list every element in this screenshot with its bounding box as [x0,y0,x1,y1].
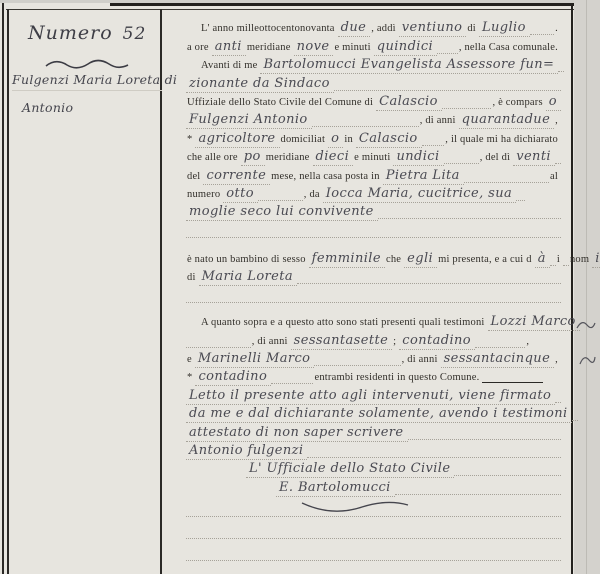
printed-text: * [186,134,195,148]
dotted-rule-filler [186,337,251,348]
left-border-inner [7,9,9,574]
printed-text: mese, nella casa posta in [270,171,383,185]
printed-text: domiciliat [280,134,329,148]
top-rule-thick [110,3,596,6]
printed-text: , di anni [401,354,441,368]
handwritten-text: Marinelli Marco [195,351,315,368]
ink-mark [578,352,596,368]
left-border-outer [2,3,4,574]
dotted-rule-filler [271,373,313,384]
printed-text: che [385,254,404,268]
handwritten-text: undici [393,149,443,166]
handwritten-text: agricoltore [195,131,279,148]
form-line: a oreantimeridianenovee minutiquindici, … [186,37,561,55]
handwritten-text: Maria Loreta [199,269,297,286]
record-number: Numero52 [28,22,148,44]
form-line: moglie seco lui convivente [186,203,561,221]
handwritten-text: venti [513,149,555,166]
handwritten-text: Iocca Maria, cucitrice, sua [323,186,516,203]
numero-label: Numero [28,22,113,44]
printed-text: . [554,23,561,37]
printed-text: ; [392,336,399,350]
printed-text: meridiane [265,152,313,166]
form-line: zionante da Sindaco [186,74,561,92]
handwritten-text: anti [212,39,246,56]
form-line [186,286,561,304]
dotted-rule-filler [307,447,561,458]
handwritten-text: sessantacinque [441,351,555,368]
printed-text: di [466,23,479,37]
form-line [186,541,561,563]
printed-text: e minuti [333,42,373,56]
dotted-rule-filler [464,172,549,183]
dotted-rule-filler [312,116,419,127]
printed-text: mi presenta, e a cui d [437,254,535,268]
dotted-rule-filler [555,153,561,164]
printed-text: e [186,354,195,368]
dotted-rule-filler [334,80,561,91]
printed-text: è nato un bambino di sesso [186,254,309,268]
printed-text: A quanto sopra e a questo atto sono stat… [200,317,488,331]
form-line: Fulgenzi Antonio, di anniquarantadue, [186,111,561,129]
dotted-rule-filler [395,484,561,495]
handwritten-text: E. Bartolomucci [276,480,395,497]
dotted-rule-filler [454,465,561,476]
printed-text: , [554,354,561,368]
printed-text: nom [569,254,592,268]
solid-rule-filler [482,372,542,383]
birth-record-sheet: Numero52 Fulgenzi Maria Loreta di Antoni… [0,0,600,574]
dotted-rule-filler [530,24,554,35]
handwritten-text: o [328,131,343,148]
handwritten-text: Letto il presente atto agli intervenuti,… [186,388,555,405]
printed-text: meridiane [246,42,294,56]
dotted-rule-filler [297,273,561,284]
dotted-rule-filler [558,61,564,72]
dotted-rule-filler [378,208,561,219]
form-line: A quanto sopra e a questo atto sono stat… [186,313,561,331]
margin-child-name-line1: Fulgenzi Maria Loreta di [12,72,162,91]
handwritten-text: due [338,20,371,37]
printed-text: , da [303,189,323,203]
printed-text: L' anno milleottocentonovanta [200,23,338,37]
form-line: Letto il presente atto agli intervenuti,… [186,386,561,404]
dotted-rule-filler [186,528,561,539]
handwritten-text: sessantasette [291,333,393,350]
form-line: è nato un bambino di sessofemminilecheeg… [186,250,561,268]
printed-text: , addì [370,23,399,37]
printed-text: , di anni [251,336,291,350]
handwritten-text: Fulgenzi Antonio [186,112,312,129]
form-line: che alle orepomeridianediecie minutiundi… [186,148,561,166]
dotted-rule-filler [442,98,492,109]
printed-text: e minuti [353,152,393,166]
form-line: L' anno milleottocentonovantadue, addìve… [186,19,561,37]
form-line: E. Bartolomucci [186,478,561,496]
handwritten-text: Luglio [479,20,530,37]
handwritten-text: L' Ufficiale dello Stato Civile [246,461,454,478]
form-line: *agricoltoredomiciliatoinCalascio, il qu… [186,129,561,147]
printed-text: entrambi residenti in questo Comune. [313,372,482,386]
form-line: L' Ufficiale dello Stato Civile [186,460,561,478]
handwritten-text: contadino [195,369,271,386]
printed-text: di [186,272,199,286]
handwritten-text: Antonio fulgenzi [186,443,307,460]
dotted-rule-filler [572,410,578,421]
printed-text: che alle ore [186,152,241,166]
handwritten-text: nove [294,39,334,56]
printed-text: numero [186,189,223,203]
printed-text: in [343,134,356,148]
form-line: delcorrentemese, nella casa posta inPiet… [186,166,561,184]
dotted-rule-filler [186,227,561,238]
handwritten-text: dieci [313,149,354,166]
printed-text: , di anni [419,115,459,129]
handwritten-text: Pietra Lita [383,168,464,185]
signature-flourish [300,497,410,513]
handwritten-text: Bartolomucci Evangelista Assessore fun= [260,57,558,74]
printed-text: , nella Casa comunale. [458,42,561,56]
handwritten-text: quarantadue [459,112,555,129]
margin-column: Numero52 Fulgenzi Maria Loreta di Antoni… [10,10,158,570]
dotted-rule-filler [258,190,303,201]
handwritten-text: Calascio [356,131,422,148]
dotted-rule-filler [314,355,400,366]
printed-text: al [549,171,561,185]
printed-text: del [186,171,203,185]
form-line: numerootto, daIocca Maria, cucitrice, su… [186,185,561,203]
handwritten-text: attestato di non saper scrivere [186,425,408,442]
handwritten-text: contadino [399,333,475,350]
right-border [571,3,573,574]
form-line: Avanti di meBartolomucci Evangelista Ass… [186,56,561,74]
dotted-rule-filler [475,337,525,348]
printed-text: i [556,254,563,268]
printed-text: Uffiziale dello Stato Civile del Comune … [186,97,376,111]
handwritten-text: moglie seco lui convivente [186,204,378,221]
dotted-rule-filler [186,292,561,303]
dotted-rule-filler [437,43,458,54]
handwritten-text: ventiuno [399,20,467,37]
margin-child-name-line2: Antonio [12,100,172,115]
form-line: , di annisessantasette;contadino, [186,331,561,349]
form-line: eMarinelli Marco, di annisessantacinque, [186,350,561,368]
form-line: *contadinoentrambi residenti in questo C… [186,368,561,386]
dotted-rule-filler [555,392,561,403]
handwritten-text: Calascio [376,94,442,111]
form-line [186,221,561,239]
printed-text: , il quale mi ha dichiarato [444,134,561,148]
handwritten-text: otto [223,186,258,203]
handwritten-text: da me e dal dichiarante solamente, avend… [186,406,572,423]
page-right-edge [574,0,600,574]
form-body: L' anno milleottocentonovantadue, addìve… [162,11,571,574]
form-line: Uffiziale dello Stato Civile del Comune … [186,93,561,111]
dotted-rule-filler [516,190,525,201]
handwritten-text: à [535,251,550,268]
printed-text: , [554,115,561,129]
handwritten-text: corrente [203,168,270,185]
form-line: diMaria Loreta [186,268,561,286]
printed-text: a ore [186,42,212,56]
form-line: da me e dal dichiarante solamente, avend… [186,405,561,423]
handwritten-text: egli [404,251,437,268]
dotted-rule-filler [408,429,562,440]
handwritten-text: femminile [309,251,385,268]
dotted-rule-filler [444,153,479,164]
form-line: attestato di non saper scrivere [186,423,561,441]
numero-flourish [44,58,130,72]
dotted-rule-filler [422,135,445,146]
printed-text: Avanti di me [200,60,260,74]
handwritten-text: po [241,149,265,166]
handwritten-text: i [592,251,600,268]
handwritten-text: zionante da Sindaco [186,76,334,93]
handwritten-text: Lozzi Marco [488,314,580,331]
printed-text: , è compars [491,97,545,111]
printed-text: , [525,336,532,350]
handwritten-text: o [546,94,561,111]
form-line: Antonio fulgenzi [186,442,561,460]
printed-text: , del dì [479,152,513,166]
printed-text: * [186,372,195,386]
handwritten-text: quindici [374,39,437,56]
page-edge-line [586,0,587,574]
numero-value: 52 [113,24,147,44]
dotted-rule-filler [186,550,561,561]
form-line [186,519,561,541]
